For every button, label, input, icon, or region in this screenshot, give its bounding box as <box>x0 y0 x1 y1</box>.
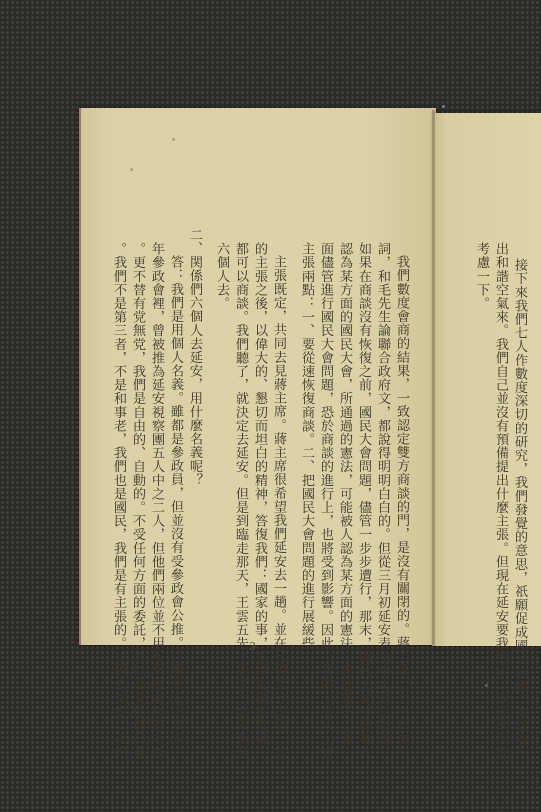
text-column: 六個人去。 <box>215 242 228 310</box>
text-column: 的主張之後，以偉大的、懇切而坦白的精神，答復我們：國家的事，祇須於國家有益， <box>253 242 266 759</box>
text-column: 。我們不是第三者，不是和事老，我們也是國民，我們是有主張的。我們去延安，我們 <box>112 242 125 759</box>
text-column: 考慮一下。 <box>475 242 488 310</box>
book-gutter <box>432 110 435 646</box>
text-column: 面儘管進行國民大會問題，恐於商談的進行上，也將受到影響。因此，我們七個人一致 <box>319 242 332 759</box>
text-column: 如果在商談沒有恢復之前，國民大會問題，儘管一步步遭行，那末，國民大會可能被人 <box>357 242 370 759</box>
page-number: 3 <box>249 640 256 653</box>
text-column: 主張既定，共同去見蔣主席。蔣主席很希望我們延安去一趟。並在我們充分說明一致 <box>272 255 285 758</box>
text-column: 二、関係們六個人去延安，用什麼名義呢？ <box>188 228 201 486</box>
text-column: 年參政會裡，曾被推為延安視察團五人中之二人，但他們兩位並不用視察團團員的名義 <box>150 242 163 759</box>
text-column: 我們數度會商的結果，一致認定雙方商談的門，是沒有關閉的。蔣主席三月一日演 <box>395 255 408 745</box>
text-column: 都可以商談。我們聽了，就決定去延安。但是到臨走那天，王雲五先生病了，結果祇有 <box>234 242 247 759</box>
paper-speck <box>130 168 133 171</box>
paper-speck <box>485 684 488 687</box>
text-column: 答：我們是用個人名義。雖都是參政員，但並沒有受參政會公推。冷傭商先生在去 <box>169 255 182 745</box>
text-column: 主張兩點：一、要從速恢復商談。二、把國民大會問題的進行展緩些。 <box>300 242 313 664</box>
text-column: 出和諧空氣來。我們自己並沒有預備提出什麼主張。但現在延安要我們去，我們倒需要 <box>494 242 507 759</box>
paper-speck <box>172 138 175 141</box>
text-column: 接下來我們七人作數度深切的研究，我們發覺的意思，祇願促成國共商談，希望造 <box>513 258 526 748</box>
text-column: 認為某方面的國民大會，所通過的憲法，可能被人認為某方面的憲法，那就僵了。若一 <box>338 242 351 759</box>
text-column: 。更不替有党無党，我們是自由的、自動的。不受任何方面的委託，所以不受任何約束 <box>131 242 144 759</box>
text-column: 詞，和毛先生論聯合政府文，都說得明明白白的。但從三月初延安表示中止商談以後， <box>376 242 389 759</box>
paper-speck <box>442 105 445 108</box>
